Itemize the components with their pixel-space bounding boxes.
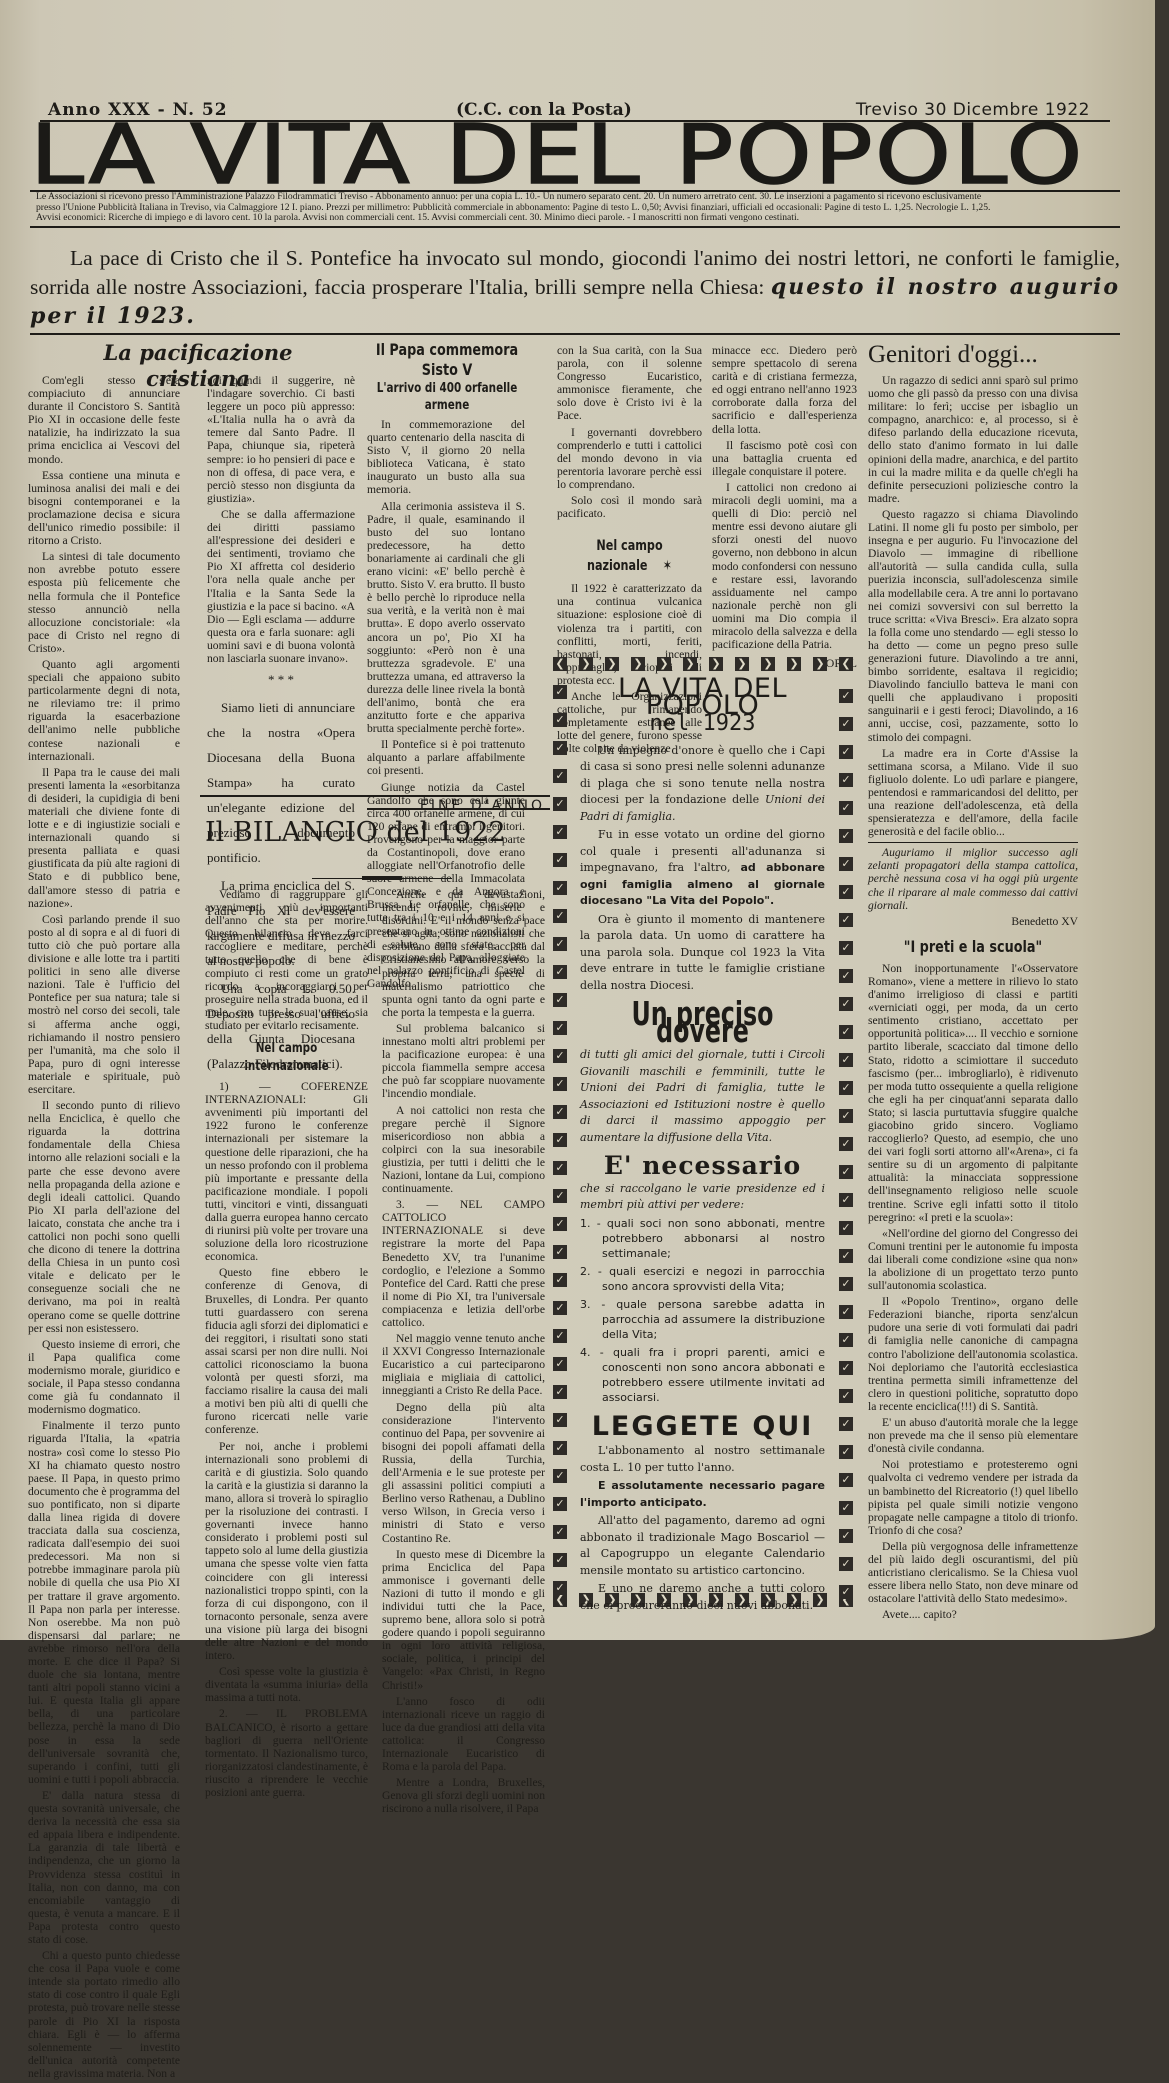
border-ornament-icon: ✓ xyxy=(553,1497,567,1511)
paragraph: Questo ragazzo si chiama Diavolindo Lati… xyxy=(868,508,1078,744)
paragraph: Sul problema balcanico si innestano molt… xyxy=(382,1022,545,1101)
border-ornament-icon: ✓ xyxy=(553,937,567,951)
border-ornament-icon: ✓ xyxy=(553,1049,567,1063)
border-ornament-icon: ✓ xyxy=(553,1329,567,1343)
paragraph: Della più vergognosa delle inframettenze… xyxy=(868,1540,1078,1605)
border-ornament-icon: ✓ xyxy=(553,881,567,895)
border-ornament-icon: ✓ xyxy=(839,745,853,759)
greeting-rule xyxy=(30,333,1120,335)
bilancio-title: Il BILANCIO del 1922 xyxy=(205,816,550,850)
border-ornament-icon: ✓ xyxy=(839,1557,853,1571)
border-ornament-icon: ✓ xyxy=(553,769,567,783)
border-ornament-icon: ❮ xyxy=(839,657,853,671)
border-ornament-icon: ✓ xyxy=(553,1413,567,1427)
border-ornament-icon: ✓ xyxy=(839,1249,853,1263)
paragraph: I cattolici non credono ai miracoli degl… xyxy=(712,481,857,651)
border-ornament-icon: ✓ xyxy=(839,1109,853,1123)
paragraph: «Nell'ordine del giorno del Congresso de… xyxy=(868,1227,1078,1292)
section-divider xyxy=(200,795,550,797)
border-ornament-icon: ✓ xyxy=(553,1077,567,1091)
paragraph: Il Pontefice si è poi trattenuto alquant… xyxy=(367,738,525,777)
border-ornament-icon: ✓ xyxy=(553,1217,567,1231)
border-ornament-icon: ✓ xyxy=(553,713,567,727)
benedetto-quote: Auguriamo il miglior successo agli zelan… xyxy=(868,846,1078,911)
subscription-info-line-3: Avvisi economici: Ricerche di impiego e … xyxy=(36,213,1116,224)
paragraph: 3. — NEL CAMPO CATTOLICO INTERNAZIONALE … xyxy=(382,1198,545,1329)
border-ornament-icon: ❮ xyxy=(553,657,567,671)
paragraph: E assolutamente necessario pagare l'impo… xyxy=(580,1478,825,1511)
paragraph: di tutti gli amici del giornale, tutti i… xyxy=(580,1047,825,1146)
paragraph: Il fascismo potè così con una battaglia … xyxy=(712,439,857,478)
subscription-info-line-1: Le Associazioni si ricevono presso l'Amm… xyxy=(36,192,1116,203)
paragraph: La madre era in Corte d'Assise la settim… xyxy=(868,747,1078,839)
border-ornament-icon: ✓ xyxy=(839,885,853,899)
paragraph: In questo mese di Dicembre la prima Enci… xyxy=(382,1548,545,1653)
paragraph: All'atto del pagamento, daremo ad ogni a… xyxy=(580,1513,825,1579)
paragraph: 1) — COFERENZE INTERNAZIONALI: Gli avven… xyxy=(205,1080,368,1263)
newspaper-page: Anno XXX - N. 52 (C.C. con la Posta) Tre… xyxy=(0,0,1155,1640)
border-ornament-icon: ✓ xyxy=(553,1385,567,1399)
border-ornament-icon: ✓ xyxy=(839,1193,853,1207)
section-title-internazionale: Nel campo internazionale xyxy=(221,1040,351,1076)
paragraph: E uno ne daremo anche a tutti coloro che… xyxy=(580,1581,825,1614)
border-ornament-icon: ✓ xyxy=(553,1161,567,1175)
border-ornament-icon: ✓ xyxy=(553,1469,567,1483)
paragraph: L'abbonamento al nostro settimanale cost… xyxy=(580,1443,825,1476)
border-ornament-icon: ✓ xyxy=(553,1525,567,1539)
border-ornament-icon: ✓ xyxy=(553,1357,567,1371)
border-ornament-icon: ✓ xyxy=(839,969,853,983)
paragraph: Solo così il mondo sarà pacificato. xyxy=(557,494,702,520)
border-ornament-icon: ✓ xyxy=(553,685,567,699)
border-ornament-icon: ✓ xyxy=(553,1441,567,1455)
paragraph: Ora è giunto il momento di mantenere la … xyxy=(580,912,825,995)
article-genitori: Genitori d'oggi... Un ragazzo di sedici … xyxy=(868,340,1078,1624)
divider xyxy=(868,842,1078,843)
paragraph: Vediamo di raggruppare gli avvenimenti p… xyxy=(205,888,368,1032)
article-preti-title: "I preti e la scuola" xyxy=(889,936,1057,958)
border-ornament-icon: ✓ xyxy=(553,1553,567,1567)
paragraph: Il secondo punto di rilievo nella Encicl… xyxy=(28,1099,180,1335)
paragraph: A noi cattolici non resta che pregare pe… xyxy=(382,1104,545,1196)
border-ornament-icon: ✓ xyxy=(553,1189,567,1203)
border-ornament-icon: ✓ xyxy=(553,993,567,1007)
border-ornament-icon: ✓ xyxy=(839,1417,853,1431)
paragraph: Il Papa tra le cause dei mali presenti l… xyxy=(28,766,180,910)
border-ornament-icon: ✓ xyxy=(839,1445,853,1459)
border-ornament-icon: ✓ xyxy=(839,1585,853,1599)
border-ornament-icon: ✓ xyxy=(839,1501,853,1515)
paragraph: Noi protestiamo e protesteremo ogni qual… xyxy=(868,1458,1078,1537)
border-ornament-icon: ✓ xyxy=(553,741,567,755)
newspaper-title: LA VITA DEL POPOLO xyxy=(30,118,1169,194)
border-ornament-icon: ✓ xyxy=(553,1581,567,1595)
border-ornament-icon: ✓ xyxy=(553,1021,567,1035)
paragraph: Così parlando prende il suo posto al di … xyxy=(28,913,180,1096)
paragraph: Fu in esse votato un ordine del giorno c… xyxy=(580,827,825,910)
border-ornament-icon: ✓ xyxy=(839,1165,853,1179)
border-ornament-icon: ✓ xyxy=(839,1305,853,1319)
border-ornament-icon: ✓ xyxy=(839,857,853,871)
section-title-nazionale: Nel campo nazionale ✶ xyxy=(572,536,688,576)
border-ornament-icon: ✓ xyxy=(839,1473,853,1487)
paragraph: minacce ecc. Diedero però sempre spettac… xyxy=(712,344,857,436)
heading-leggete-qui: LEGGETE QUI xyxy=(580,1419,825,1436)
article-subtitle: L'arrivo di 400 orfanelle armene xyxy=(367,380,527,414)
border-ornament-icon: ✓ xyxy=(839,1137,853,1151)
paragraph: Un impegno d'onore è quello che i Capi d… xyxy=(580,743,825,826)
border-ornament-icon: ✓ xyxy=(839,997,853,1011)
border-ornament-icon: ✓ xyxy=(839,689,853,703)
article-title: Genitori d'oggi... xyxy=(868,340,1078,370)
promo-subtitle: nel 1923 xyxy=(580,716,825,733)
paragraph: La sintesi di tale documento non avrebbe… xyxy=(28,550,180,655)
border-ornament-icon: ✓ xyxy=(553,1105,567,1119)
paragraph: Il «Popolo Trentino», organo delle Feder… xyxy=(868,1295,1078,1413)
border-ornament-icon: ✓ xyxy=(553,853,567,867)
paragraph: Degno della più alta considerazione l'in… xyxy=(382,1401,545,1545)
paragraph: Questo insieme di errori, che il Papa qu… xyxy=(28,1338,180,1417)
quote-author: Benedetto XV xyxy=(868,915,1078,928)
paragraph: E' un abuso d'autorità morale che la leg… xyxy=(868,1416,1078,1455)
paragraph: con la Sua carità, con la Sua parola, co… xyxy=(557,344,702,423)
paragraph: Che se dalla affermazione dei diritti pa… xyxy=(207,508,355,665)
paragraph: Un ragazzo di sedici anni sparò sul prim… xyxy=(868,374,1078,505)
border-ornament-icon: ✓ xyxy=(553,965,567,979)
article-continued-right: minacce ecc. Diedero però sempre spettac… xyxy=(712,344,857,670)
paragraph: Questo fine ebbero le conferenze di Geno… xyxy=(205,1266,368,1436)
heading-preciso-dovere: Un preciso dovere xyxy=(614,1006,790,1039)
paragraph: noi quindi il suggerire, nè l'indagare s… xyxy=(207,374,355,505)
border-ornament-icon: ✓ xyxy=(839,1053,853,1067)
border-ornament-icon: ✓ xyxy=(553,1245,567,1259)
star-icon: ✶ xyxy=(663,558,672,574)
border-ornament-icon: ✓ xyxy=(839,1081,853,1095)
list-item: 3. - quale persona sarebbe adatta in par… xyxy=(580,1297,825,1342)
list-item: 1. - quali soci non sono abbonati, mentr… xyxy=(580,1216,825,1261)
border-ornament-icon: ✓ xyxy=(839,941,853,955)
paragraph: I governanti dovrebbero comprenderlo e t… xyxy=(557,426,702,491)
border-ornament-icon: ✓ xyxy=(839,717,853,731)
paragraph: Avete.... capito? xyxy=(868,1608,1078,1621)
border-ornament-icon: ✓ xyxy=(839,913,853,927)
promo-title: LA VITA DEL POPOLO xyxy=(580,681,825,714)
paragraph: Nel maggio venne tenuto anche il XXVI Co… xyxy=(382,1332,545,1397)
paragraph: Quanto agli argomenti speciali che appai… xyxy=(28,658,180,763)
border-ornament-icon: ✓ xyxy=(553,825,567,839)
border-ornament-icon: ❮ xyxy=(553,1593,567,1607)
border-ornament-icon: ✓ xyxy=(839,1529,853,1543)
bilancio-column-2: Anche qui devastazioni, incendi, rovine,… xyxy=(382,888,545,1653)
border-ornament-icon: ✓ xyxy=(839,1361,853,1375)
pacificazione-column-1: Com'egli stesso s'era compiaciuto di ann… xyxy=(28,374,180,1653)
paragraph: Finalmente il terzo punto riguarda l'Ita… xyxy=(28,1419,180,1653)
new-year-greeting: La pace di Cristo che il S. Pontefice ha… xyxy=(30,244,1120,331)
promo-content: LA VITA DEL POPOLO nel 1923 Un impegno d… xyxy=(580,657,825,1616)
bilancio-kicker: FINE D'ANNO xyxy=(375,798,545,814)
border-ornament-icon: ✓ xyxy=(839,1333,853,1347)
masthead-rule-bottom xyxy=(30,226,1120,228)
border-ornament-icon: ✓ xyxy=(839,1025,853,1039)
border-ornament-icon: ✓ xyxy=(553,797,567,811)
paragraph: Com'egli stesso s'era compiaciuto di ann… xyxy=(28,374,180,466)
subscription-info: Le Associazioni si ricevono presso l'Amm… xyxy=(36,192,1116,224)
border-ornament-icon: ✓ xyxy=(839,1277,853,1291)
bilancio-column-1: Vediamo di raggruppare gli avvenimenti p… xyxy=(205,888,368,1653)
paragraph: Anche qui devastazioni, incendi, rovine,… xyxy=(382,888,545,1019)
border-ornament-icon: ✓ xyxy=(553,1301,567,1315)
title-ornament-bar xyxy=(362,876,402,880)
border-ornament-icon: ✓ xyxy=(839,1389,853,1403)
paragraph: In commemorazione del quarto centenario … xyxy=(367,418,525,497)
paragraph: Non inopportunamente l'«Osservatore Roma… xyxy=(868,962,1078,1224)
paragraph: Per noi, anche i problemi internazionali… xyxy=(205,1440,368,1653)
checklist: 1. - quali soci non sono abbonati, mentr… xyxy=(580,1216,825,1405)
border-ornament-icon: ✓ xyxy=(553,1133,567,1147)
heading-necessario: E' necessario xyxy=(580,1158,825,1175)
list-item: 2. - quali esercizi e negozi in parrocch… xyxy=(580,1264,825,1294)
paragraph: Alla cerimonia assisteva il S. Padre, il… xyxy=(367,500,525,736)
border-ornament-icon: ✓ xyxy=(839,801,853,815)
article-title: Il Papa commemora Sisto V xyxy=(367,340,527,380)
list-item: 4. - quali fra i propri parenti, amici e… xyxy=(580,1345,825,1405)
border-ornament-icon: ✓ xyxy=(839,1221,853,1235)
border-ornament-icon: ✓ xyxy=(839,773,853,787)
border-ornament-icon: ✓ xyxy=(553,909,567,923)
border-ornament-icon: ✓ xyxy=(553,1273,567,1287)
border-ornament-icon: ✓ xyxy=(839,829,853,843)
paragraph: Essa contiene una minuta e luminosa anal… xyxy=(28,469,180,548)
section-stars: * * * xyxy=(207,675,355,685)
paragraph: che si raccolgano le varie presidenze ed… xyxy=(580,1181,825,1214)
promo-box-vita-1923: ❮❮❯❯❯❯❯❯❯❯❯❯❯❯❯❯❯❯❯❯❯❯❮❮✓✓✓✓✓✓✓✓✓✓✓✓✓✓✓✓… xyxy=(553,657,853,1607)
